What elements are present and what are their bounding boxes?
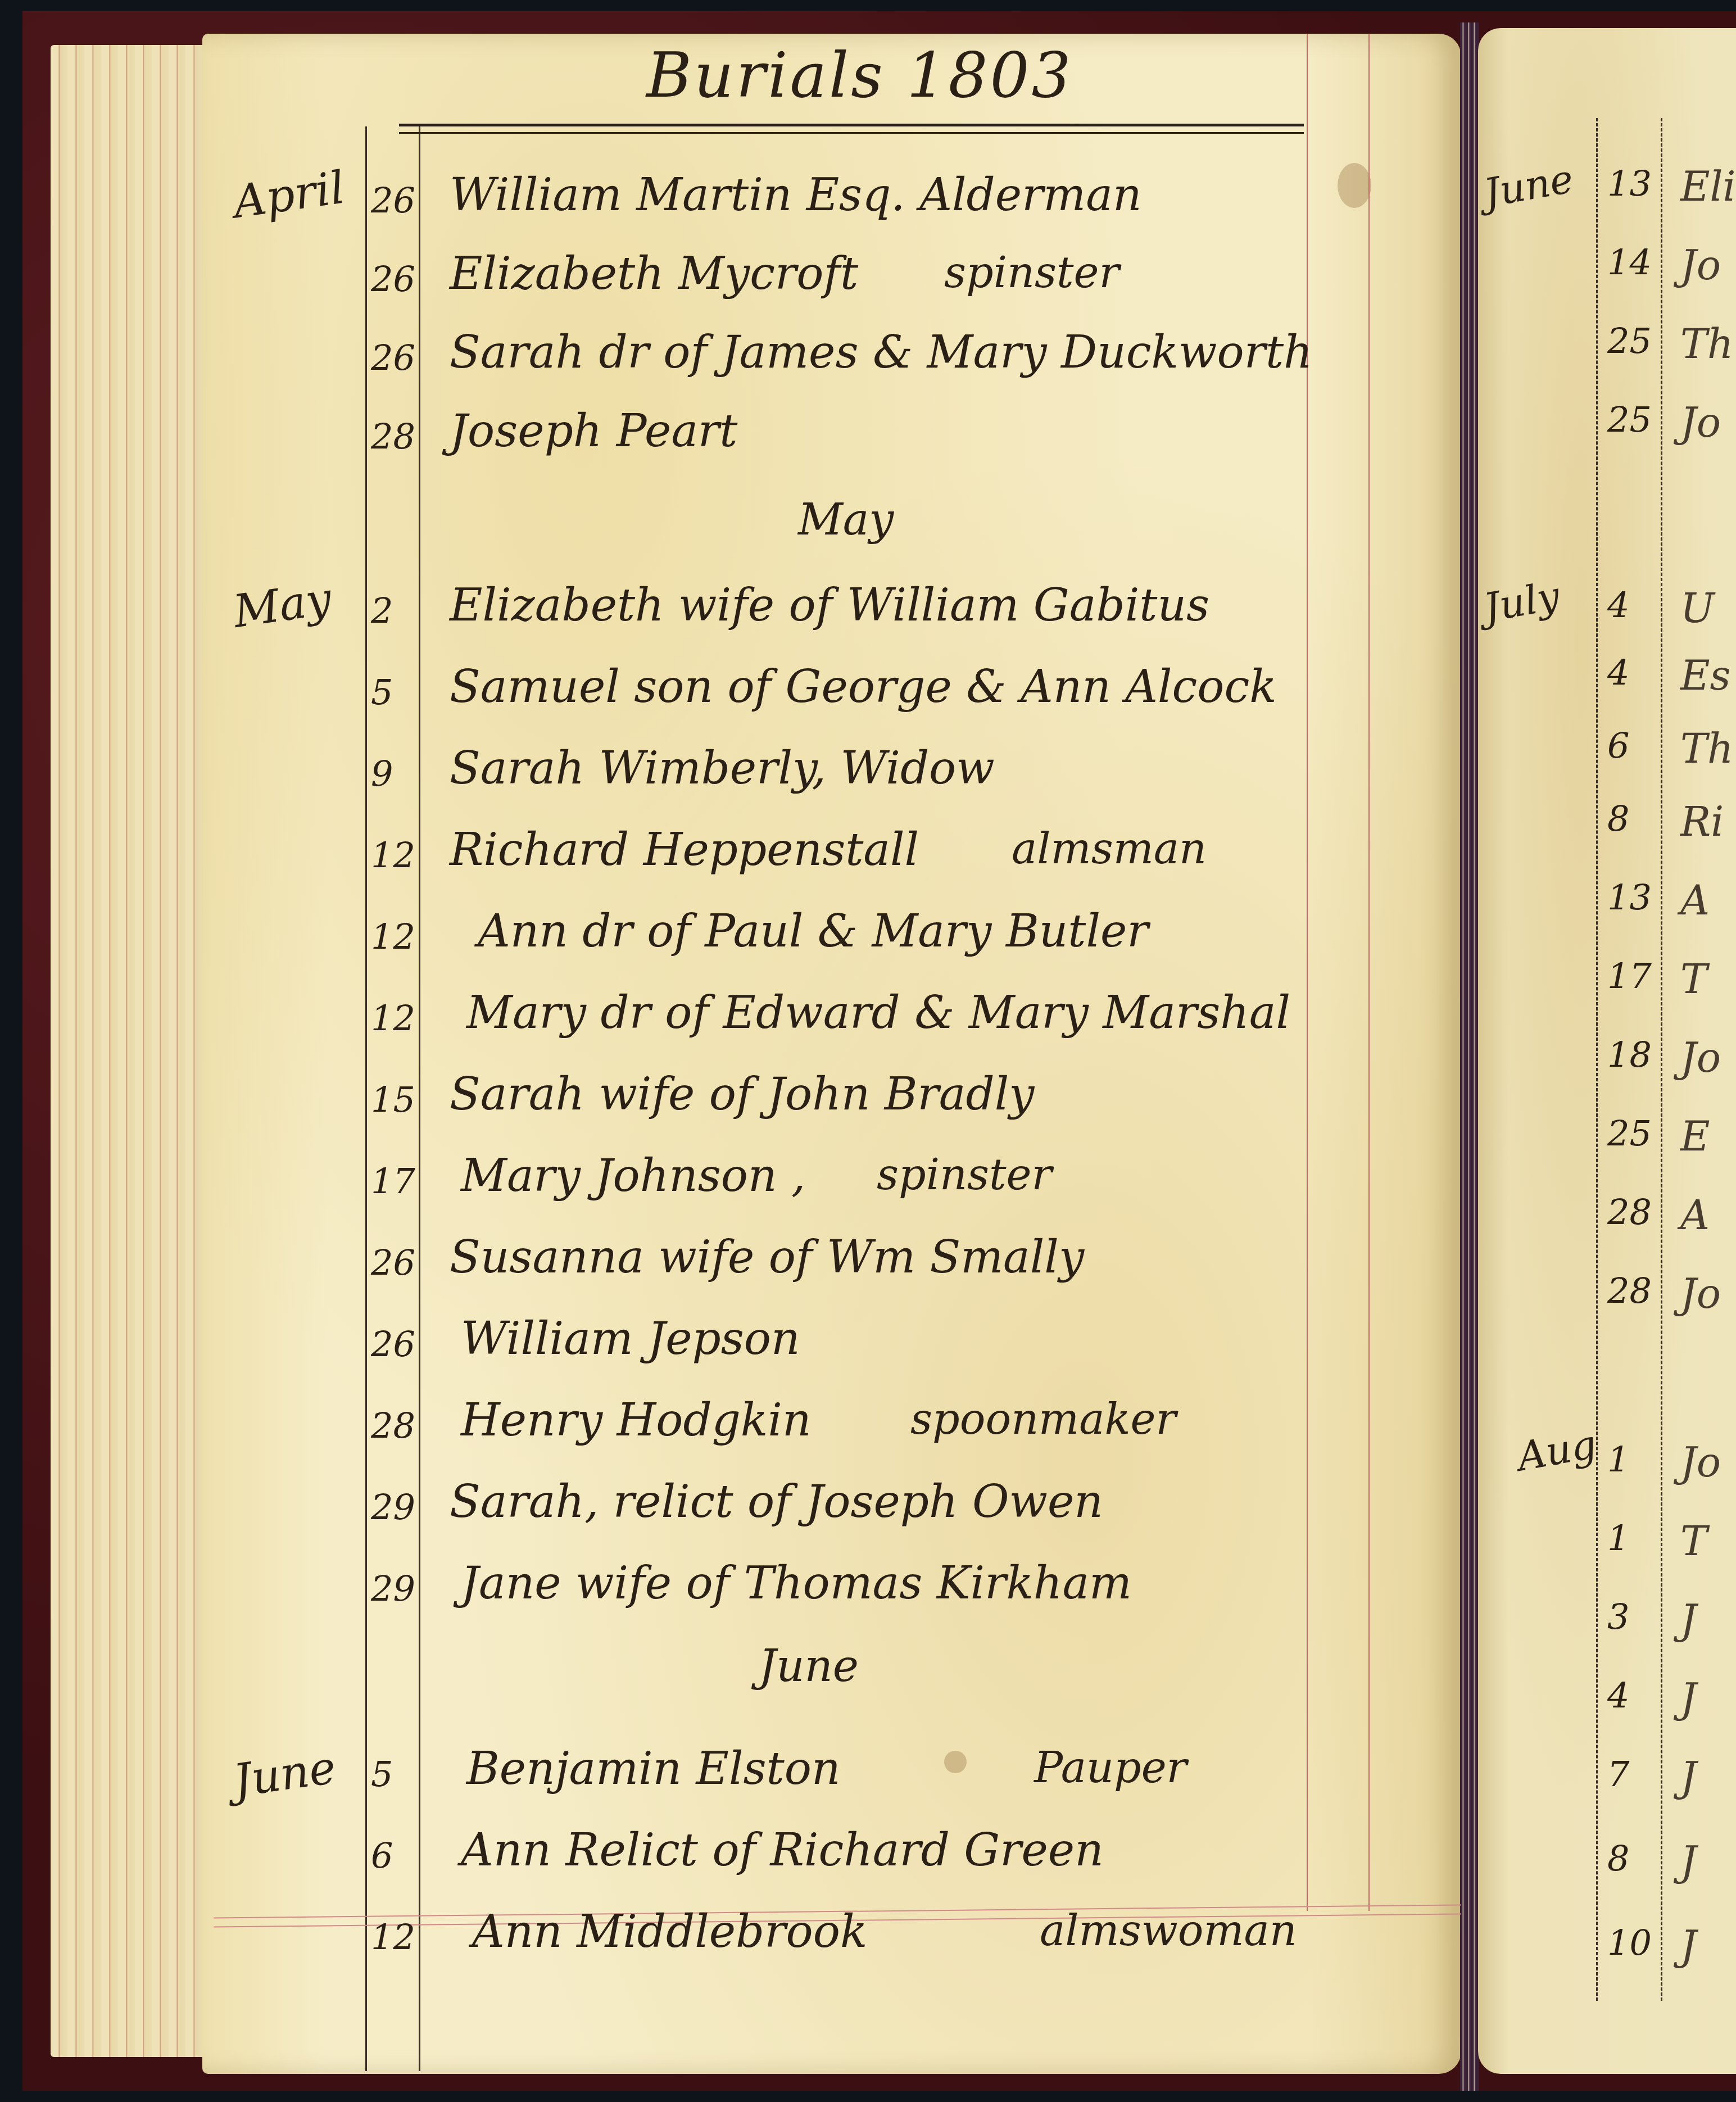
right-entry-initial: A (1680, 877, 1710, 924)
right-entry-initial: T (1680, 1517, 1707, 1565)
right-entry-day: 25 (1607, 320, 1652, 361)
title-double-rule (399, 124, 1304, 134)
month-heading-june: June (759, 1641, 859, 1692)
right-entry-initial: J (1680, 1838, 1697, 1885)
entry-day: 5 (371, 1754, 416, 1795)
page-title: Burials 1803 (646, 39, 1073, 111)
day-column-rule (419, 126, 420, 2071)
entry-occupation: spinster (944, 247, 1119, 297)
entry-name: Mary dr of Edward & Mary Marshal (466, 986, 1290, 1039)
right-entry-day: 4 (1607, 585, 1629, 626)
right-entry-initial: U (1680, 585, 1715, 632)
entry-name: Ann Middlebrook (472, 1905, 867, 1958)
right-entry-initial: Jo (1680, 1034, 1721, 1081)
right-margin-red-rule-2 (1368, 34, 1370, 1911)
entry-day: 26 (371, 180, 416, 221)
entry-day: 26 (371, 337, 416, 378)
entry-name: Richard Heppenstall (450, 823, 919, 876)
entry-name: Susanna wife of Wm Smally (450, 1231, 1084, 1283)
entry-name: Sarah, relict of Joseph Owen (450, 1475, 1103, 1528)
entry-occupation: almswoman (1040, 1905, 1297, 1955)
right-entry-initial: J (1680, 1675, 1697, 1722)
right-entry-day: 8 (1607, 1838, 1629, 1879)
right-entry-day: 13 (1607, 163, 1652, 204)
entry-name: Ann dr of Paul & Mary Butler (478, 905, 1149, 957)
right-margin-red-rule (1307, 34, 1308, 1911)
entry-name: Sarah Wimberly, Widow (450, 742, 995, 794)
right-entry-initial: T (1680, 955, 1707, 1003)
right-entry-initial: Jo (1680, 242, 1721, 289)
right-entry-day: 1 (1607, 1439, 1629, 1480)
entry-name: Henry Hodgkin (461, 1394, 811, 1446)
right-entry-initial: Th (1680, 320, 1733, 368)
entry-day: 17 (371, 1161, 416, 1202)
right-entry-day: 6 (1607, 725, 1629, 766)
entry-day: 12 (371, 1917, 416, 1958)
entry-day: 12 (371, 835, 416, 876)
entry-name: Ann Relict of Richard Green (461, 1824, 1104, 1876)
entry-occupation: spinster (877, 1149, 1052, 1199)
right-entry-initial: Jo (1680, 1439, 1721, 1486)
right-entry-initial: E (1680, 1113, 1710, 1160)
paper-stain (944, 1751, 967, 1773)
entry-day: 28 (371, 1405, 416, 1446)
entry-day: 2 (371, 590, 416, 631)
right-entry-initial: Th (1680, 725, 1733, 772)
right-entry-initial: Jo (1680, 399, 1721, 446)
entry-name: William Martin Esq. Alderman (450, 169, 1141, 221)
right-entry-day: 8 (1607, 798, 1629, 839)
right-entry-day: 25 (1607, 1113, 1652, 1154)
entry-name: William Jepson (461, 1312, 800, 1365)
month-heading-may: May (798, 495, 894, 545)
entry-name: Joseph Peart (450, 405, 737, 457)
entry-day: 26 (371, 259, 416, 300)
entry-day: 26 (371, 1324, 416, 1365)
entry-day: 15 (371, 1079, 416, 1120)
right-entry-day: 13 (1607, 877, 1652, 918)
right-entry-day: 1 (1607, 1517, 1629, 1559)
entry-day: 29 (371, 1487, 416, 1528)
entry-name: Samuel son of George & Ann Alcock (450, 660, 1277, 713)
paper-stain (1338, 163, 1371, 208)
right-entry-day: 10 (1607, 1922, 1652, 1963)
right-entry-day: 18 (1607, 1034, 1652, 1075)
entry-day: 12 (371, 916, 416, 957)
entry-occupation: Pauper (1034, 1742, 1187, 1792)
right-entry-initial: Es (1680, 652, 1731, 699)
right-entry-day: 17 (1607, 955, 1652, 996)
right-entry-day: 25 (1607, 399, 1652, 440)
entry-occupation: almsman (1012, 823, 1207, 873)
right-entry-day: 14 (1607, 242, 1652, 283)
entry-name: Elizabeth Mycroft (450, 247, 858, 300)
entry-day: 28 (371, 416, 416, 457)
entry-occupation: spoonmaker (910, 1394, 1176, 1444)
right-entry-initial: Eli (1680, 163, 1736, 210)
entry-day: 12 (371, 998, 416, 1039)
entry-day: 6 (371, 1835, 416, 1876)
entry-name: Jane wife of Thomas Kirkham (461, 1557, 1132, 1609)
right-entry-initial: Ri (1680, 798, 1724, 845)
entry-day: 5 (371, 672, 416, 713)
entry-name: Mary Johnson , (461, 1149, 805, 1202)
right-page-name-rule (1661, 118, 1662, 2001)
right-entry-initial: J (1680, 1754, 1697, 1801)
right-entry-day: 7 (1607, 1754, 1629, 1795)
right-entry-day: 28 (1607, 1192, 1652, 1233)
right-page-day-rule (1596, 118, 1598, 2001)
month-column-rule (365, 126, 367, 2071)
entry-day: 9 (371, 753, 416, 794)
right-entry-day: 4 (1607, 1675, 1629, 1716)
page-edges-stack (51, 45, 208, 2057)
right-entry-initial: J (1680, 1596, 1697, 1643)
entry-day: 29 (371, 1568, 416, 1609)
entry-name: Elizabeth wife of William Gabitus (450, 579, 1209, 631)
right-entry-initial: Jo (1680, 1270, 1721, 1317)
entry-name: Sarah wife of John Bradly (450, 1068, 1034, 1120)
entry-name: Benjamin Elston (466, 1742, 840, 1795)
right-entry-day: 4 (1607, 652, 1629, 693)
entry-name: Sarah dr of James & Mary Duckworth (450, 326, 1313, 378)
book-gutter-headband (1460, 22, 1479, 2091)
entry-day: 26 (371, 1242, 416, 1283)
right-entry-initial: A (1680, 1192, 1710, 1239)
right-entry-day: 28 (1607, 1270, 1652, 1311)
right-entry-initial: J (1680, 1922, 1697, 1969)
right-entry-day: 3 (1607, 1596, 1629, 1637)
